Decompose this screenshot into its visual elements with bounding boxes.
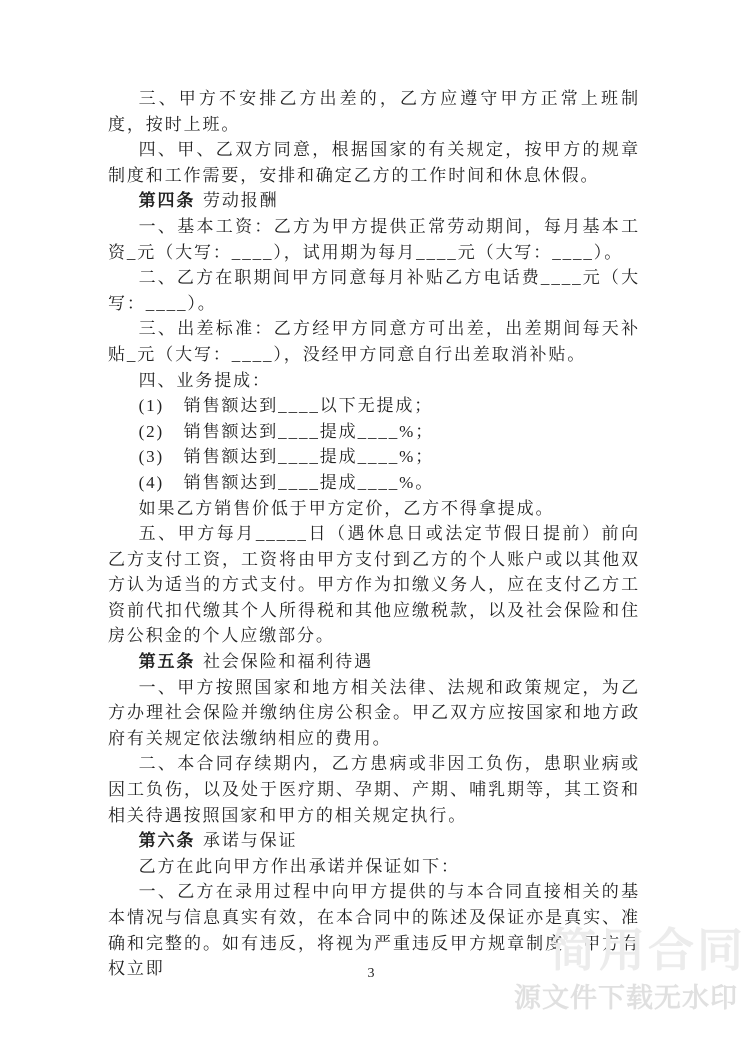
- paragraph: 二、本合同存续期内，乙方患病或非因工负伤，患职业病或因工负伤，以及处于医疗期、孕…: [108, 751, 640, 828]
- list-item: (1)销售额达到____以下无提成；: [108, 393, 640, 419]
- paragraph: 如果乙方销售价低于甲方定价，乙方不得拿提成。: [108, 496, 640, 522]
- paragraph: 三、甲方不安排乙方出差的，乙方应遵守甲方正常上班制度，按时上班。: [108, 86, 640, 137]
- section-number: 第六条: [139, 831, 196, 850]
- list-item-number: (4): [139, 473, 165, 492]
- paragraph: 五、甲方每月_____日（遇休息日或法定节假日提前）前向乙方支付工资，工资将由甲…: [108, 521, 640, 649]
- watermark-tagline: 源文件下载无水印: [482, 985, 738, 1012]
- paragraph: 三、出差标准：乙方经甲方同意方可出差，出差期间每天补贴_元（大写：____），没…: [108, 316, 640, 367]
- list-item: (4)销售额达到____提成____%。: [108, 470, 640, 496]
- section-title: 劳动报酬: [203, 191, 279, 210]
- paragraph: 乙方在此向甲方作出承诺并保证如下：: [108, 854, 640, 880]
- paragraph: 二、乙方在职期间甲方同意每月补贴乙方电话费____元（大写：____）。: [108, 265, 640, 316]
- page-number: 3: [0, 966, 742, 982]
- list-item-text: 销售额达到____提成____%。: [184, 473, 434, 492]
- contract-page: 三、甲方不安排乙方出差的，乙方应遵守甲方正常上班制度，按时上班。四、甲、乙双方同…: [0, 0, 742, 1050]
- contract-body: 三、甲方不安排乙方出差的，乙方应遵守甲方正常上班制度，按时上班。四、甲、乙双方同…: [108, 86, 640, 982]
- section-number: 第五条: [139, 652, 196, 671]
- paragraph: 一、基本工资：乙方为甲方提供正常劳动期间，每月基本工资_元（大写：____），试…: [108, 214, 640, 265]
- list-item-text: 销售额达到____以下无提成；: [184, 396, 434, 415]
- section-heading: 第六条承诺与保证: [108, 828, 640, 854]
- list-item-number: (1): [139, 396, 165, 415]
- section-title: 社会保险和福利待遇: [203, 652, 373, 671]
- list-item-number: (3): [139, 447, 165, 466]
- list-item-number: (2): [139, 422, 165, 441]
- section-title: 承诺与保证: [203, 831, 298, 850]
- section-heading: 第四条劳动报酬: [108, 188, 640, 214]
- list-item-text: 销售额达到____提成____%；: [184, 447, 434, 466]
- list-item: (2)销售额达到____提成____%；: [108, 419, 640, 445]
- paragraph: 四、甲、乙双方同意，根据国家的有关规定，按甲方的规章制度和工作需要，安排和确定乙…: [108, 137, 640, 188]
- paragraph: 四、业务提成：: [108, 368, 640, 394]
- section-heading: 第五条社会保险和福利待遇: [108, 649, 640, 675]
- list-item-text: 销售额达到____提成____%；: [184, 422, 434, 441]
- section-number: 第四条: [139, 191, 196, 210]
- paragraph: 一、甲方按照国家和地方相关法律、法规和政策规定，为乙方办理社会保险并缴纳住房公积…: [108, 675, 640, 752]
- list-item: (3)销售额达到____提成____%；: [108, 444, 640, 470]
